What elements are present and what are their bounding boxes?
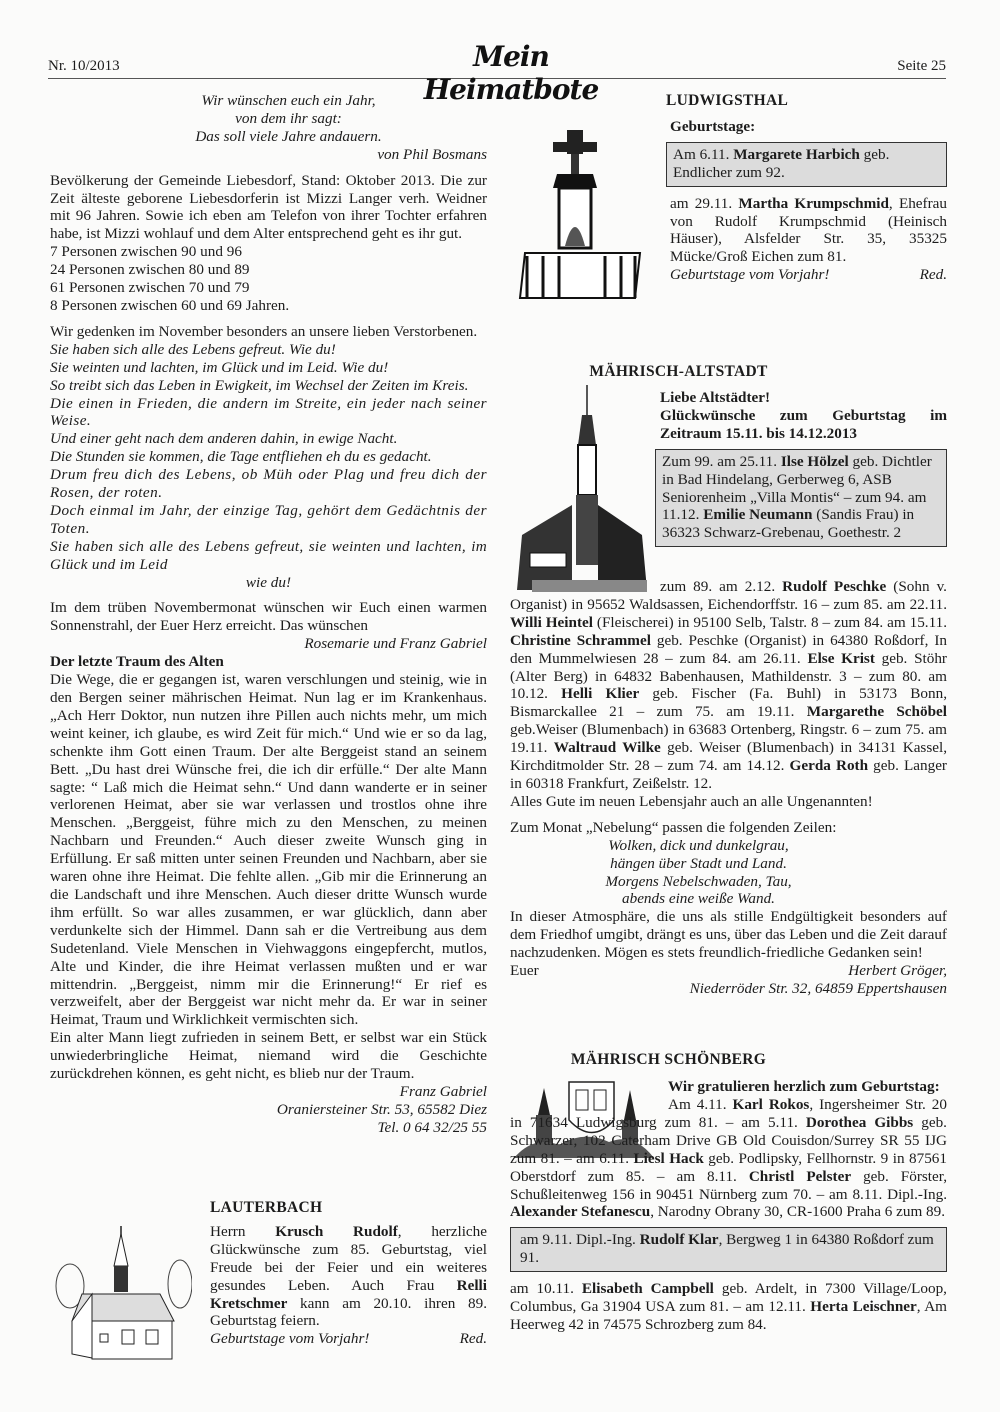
signature: Red. (460, 1330, 487, 1348)
section-subtitle: Glückwünsche zum Geburtstag im Zeitraum … (660, 407, 947, 443)
section-title: MÄHRISCH-ALTSTADT (510, 363, 947, 381)
poem-line: von dem ihr sagt: (90, 110, 487, 128)
highlight-box: am 9.11. Dipl.-Ing. Rudolf Klar, Bergweg… (510, 1227, 947, 1272)
stat-line: 61 Personen zwischen 70 und 79 (50, 279, 487, 297)
greeting: Im dem trüben Novembermonat wünschen wir… (50, 599, 487, 635)
signature: Red. (920, 266, 947, 284)
poem-line: So treibt sich das Leben in Ewigkeit, im… (50, 377, 487, 395)
note: Geburtstage vom Vorjahr! (670, 266, 829, 284)
poem-line: Sie weinten und lachten, im Glück und im… (50, 359, 487, 377)
altstadt-birthday-list: zum 89. am 2.12. Rudolf Peschke (Sohn v.… (510, 578, 947, 998)
nebelung-intro: Zum Monat „Nebelung“ passen die folgende… (510, 819, 947, 837)
birthday-entry: am 29.11. Martha Krumpschmid, Ehefrau vo… (670, 195, 947, 267)
population-stats: 7 Personen zwischen 90 und 96 24 Persone… (50, 243, 487, 315)
poem-line: Sie haben sich alle des Lebens gefreut. … (50, 341, 487, 359)
section-title: MÄHRISCH SCHÖNBERG (510, 1051, 947, 1069)
note-row: Geburtstage vom Vorjahr! Red. (670, 266, 947, 284)
note: Geburtstage vom Vorjahr! (210, 1330, 369, 1348)
closing-word: Euer (510, 962, 539, 980)
poem-line: Wolken, dick und dunkelgrau, (510, 837, 887, 855)
poem-line: Und einer geht nach dem anderen dahin, i… (50, 430, 487, 448)
story-address: Oraniersteiner Str. 53, 65582 Diez (50, 1101, 487, 1119)
bosmans-poem: Wir wünschen euch ein Jahr, von dem ihr … (50, 92, 487, 146)
author-address: Niederröder Str. 32, 64859 Eppertshausen (510, 980, 947, 998)
stat-line: 7 Personen zwischen 90 und 96 (50, 243, 487, 261)
poem-line: Die einen in Frieden, die andern im Stre… (50, 395, 487, 431)
poem-author: von Phil Bosmans (50, 146, 487, 164)
story-paragraph: Die Wege, die er gegangen ist, waren ver… (50, 671, 487, 1029)
poem-line: Das soll viele Jahre andauern. (90, 128, 487, 146)
remembrance-intro: Wir gedenken im November besonders an un… (50, 323, 487, 341)
wayside-cross-illustration (515, 128, 650, 308)
poem-line: Sie haben sich alle des Lebens gefreut, … (50, 538, 487, 574)
lauterbach-text: Herrn Krusch Rudolf, herzliche Glückwüns… (210, 1223, 487, 1330)
nebelung-poem: Wolken, dick und dunkelgrau, hängen über… (510, 837, 947, 909)
section-title: LUDWIGSTHAL (666, 92, 947, 110)
chapel-illustration (52, 1226, 192, 1361)
schoenberg-title: MÄHRISCH SCHÖNBERG (510, 1051, 947, 1069)
section-subtitle: Geburtstage: (670, 118, 947, 136)
schoenberg-section: Wir gratulieren herzlich zum Geburtstag: (668, 1078, 947, 1096)
issue-number: Nr. 10/2013 (48, 58, 120, 75)
town-hall-illustration (512, 385, 650, 595)
story-paragraph: Ein alter Mann liegt zufrieden in seinem… (50, 1029, 487, 1083)
section-subtitle: Wir gratulieren herzlich zum Geburtstag: (668, 1078, 947, 1096)
ludwigsthal-section: LUDWIGSTHAL Geburtstage: Am 6.11. Margar… (666, 92, 947, 284)
poem-line: abends eine weiße Wand. (510, 890, 887, 908)
author: Herbert Gröger, (848, 962, 947, 980)
poem-line: Wir wünschen euch ein Jahr, (90, 92, 487, 110)
poem-line: Drum freu dich des Lebens, ob Müh oder P… (50, 466, 487, 502)
altstadt-title: MÄHRISCH-ALTSTADT (510, 363, 947, 381)
section-title: LAUTERBACH (210, 1199, 487, 1217)
greeting: Liebe Altstädter! (660, 389, 947, 407)
note-row: Geburtstage vom Vorjahr! Red. (210, 1330, 487, 1348)
highlight-box: Zum 99. am 25.11. Ilse Hölzel geb. Dicht… (655, 449, 947, 548)
poem-line: Doch einmal im Jahr, der einzige Tag, ge… (50, 502, 487, 538)
page-header: Nr. 10/2013 Mein Heimatbote Seite 25 (48, 48, 946, 79)
page-number: Seite 25 (897, 58, 946, 75)
left-column: Wir wünschen euch ein Jahr, von dem ihr … (50, 92, 487, 1137)
schoenberg-birthday-list: Am 4.11. Karl Rokos, Ingersheimer Str. 2… (510, 1096, 947, 1334)
story-phone: Tel. 0 64 32/25 55 (50, 1119, 487, 1137)
highlight-box: Am 6.11. Margarete Harbich geb. Endliche… (666, 142, 947, 187)
birthday-list: zum 89. am 2.12. Rudolf Peschke (Sohn v.… (510, 578, 947, 793)
stat-line: 8 Personen zwischen 60 und 69 Jahren. (50, 297, 487, 315)
poem-line: wie du! (50, 574, 487, 592)
closing-wish: Alles Gute im neuen Lebensjahr auch an a… (510, 793, 947, 811)
story-title: Der letzte Traum des Alten (50, 653, 487, 671)
poem-line: hängen über Stadt und Land. (510, 855, 887, 873)
lauterbach-section: LAUTERBACH Herrn Krusch Rudolf, herzlich… (210, 1199, 487, 1348)
story-author: Franz Gabriel (50, 1083, 487, 1101)
signature-row: Euer Herbert Gröger, (510, 962, 947, 980)
population-intro: Bevölkerung der Gemeinde Liebesdorf, Sta… (50, 172, 487, 244)
altstadt-section: Liebe Altstädter! Glückwünsche zum Gebur… (660, 389, 947, 555)
poem-line: Die Stunden sie kommen, die Tage entflie… (50, 448, 487, 466)
reflection: In dieser Atmosphäre, die uns als stille… (510, 908, 947, 962)
birthday-list: am 10.11. Elisabeth Campbell geb. Ardelt… (510, 1280, 947, 1334)
birthday-list: Am 4.11. Karl Rokos, Ingersheimer Str. 2… (510, 1096, 947, 1221)
poem-line: Morgens Nebelschwaden, Tau, (510, 873, 887, 891)
greeting-author: Rosemarie und Franz Gabriel (50, 635, 487, 653)
stat-line: 24 Personen zwischen 80 und 89 (50, 261, 487, 279)
remembrance-poem: Sie haben sich alle des Lebens gefreut. … (50, 341, 487, 592)
